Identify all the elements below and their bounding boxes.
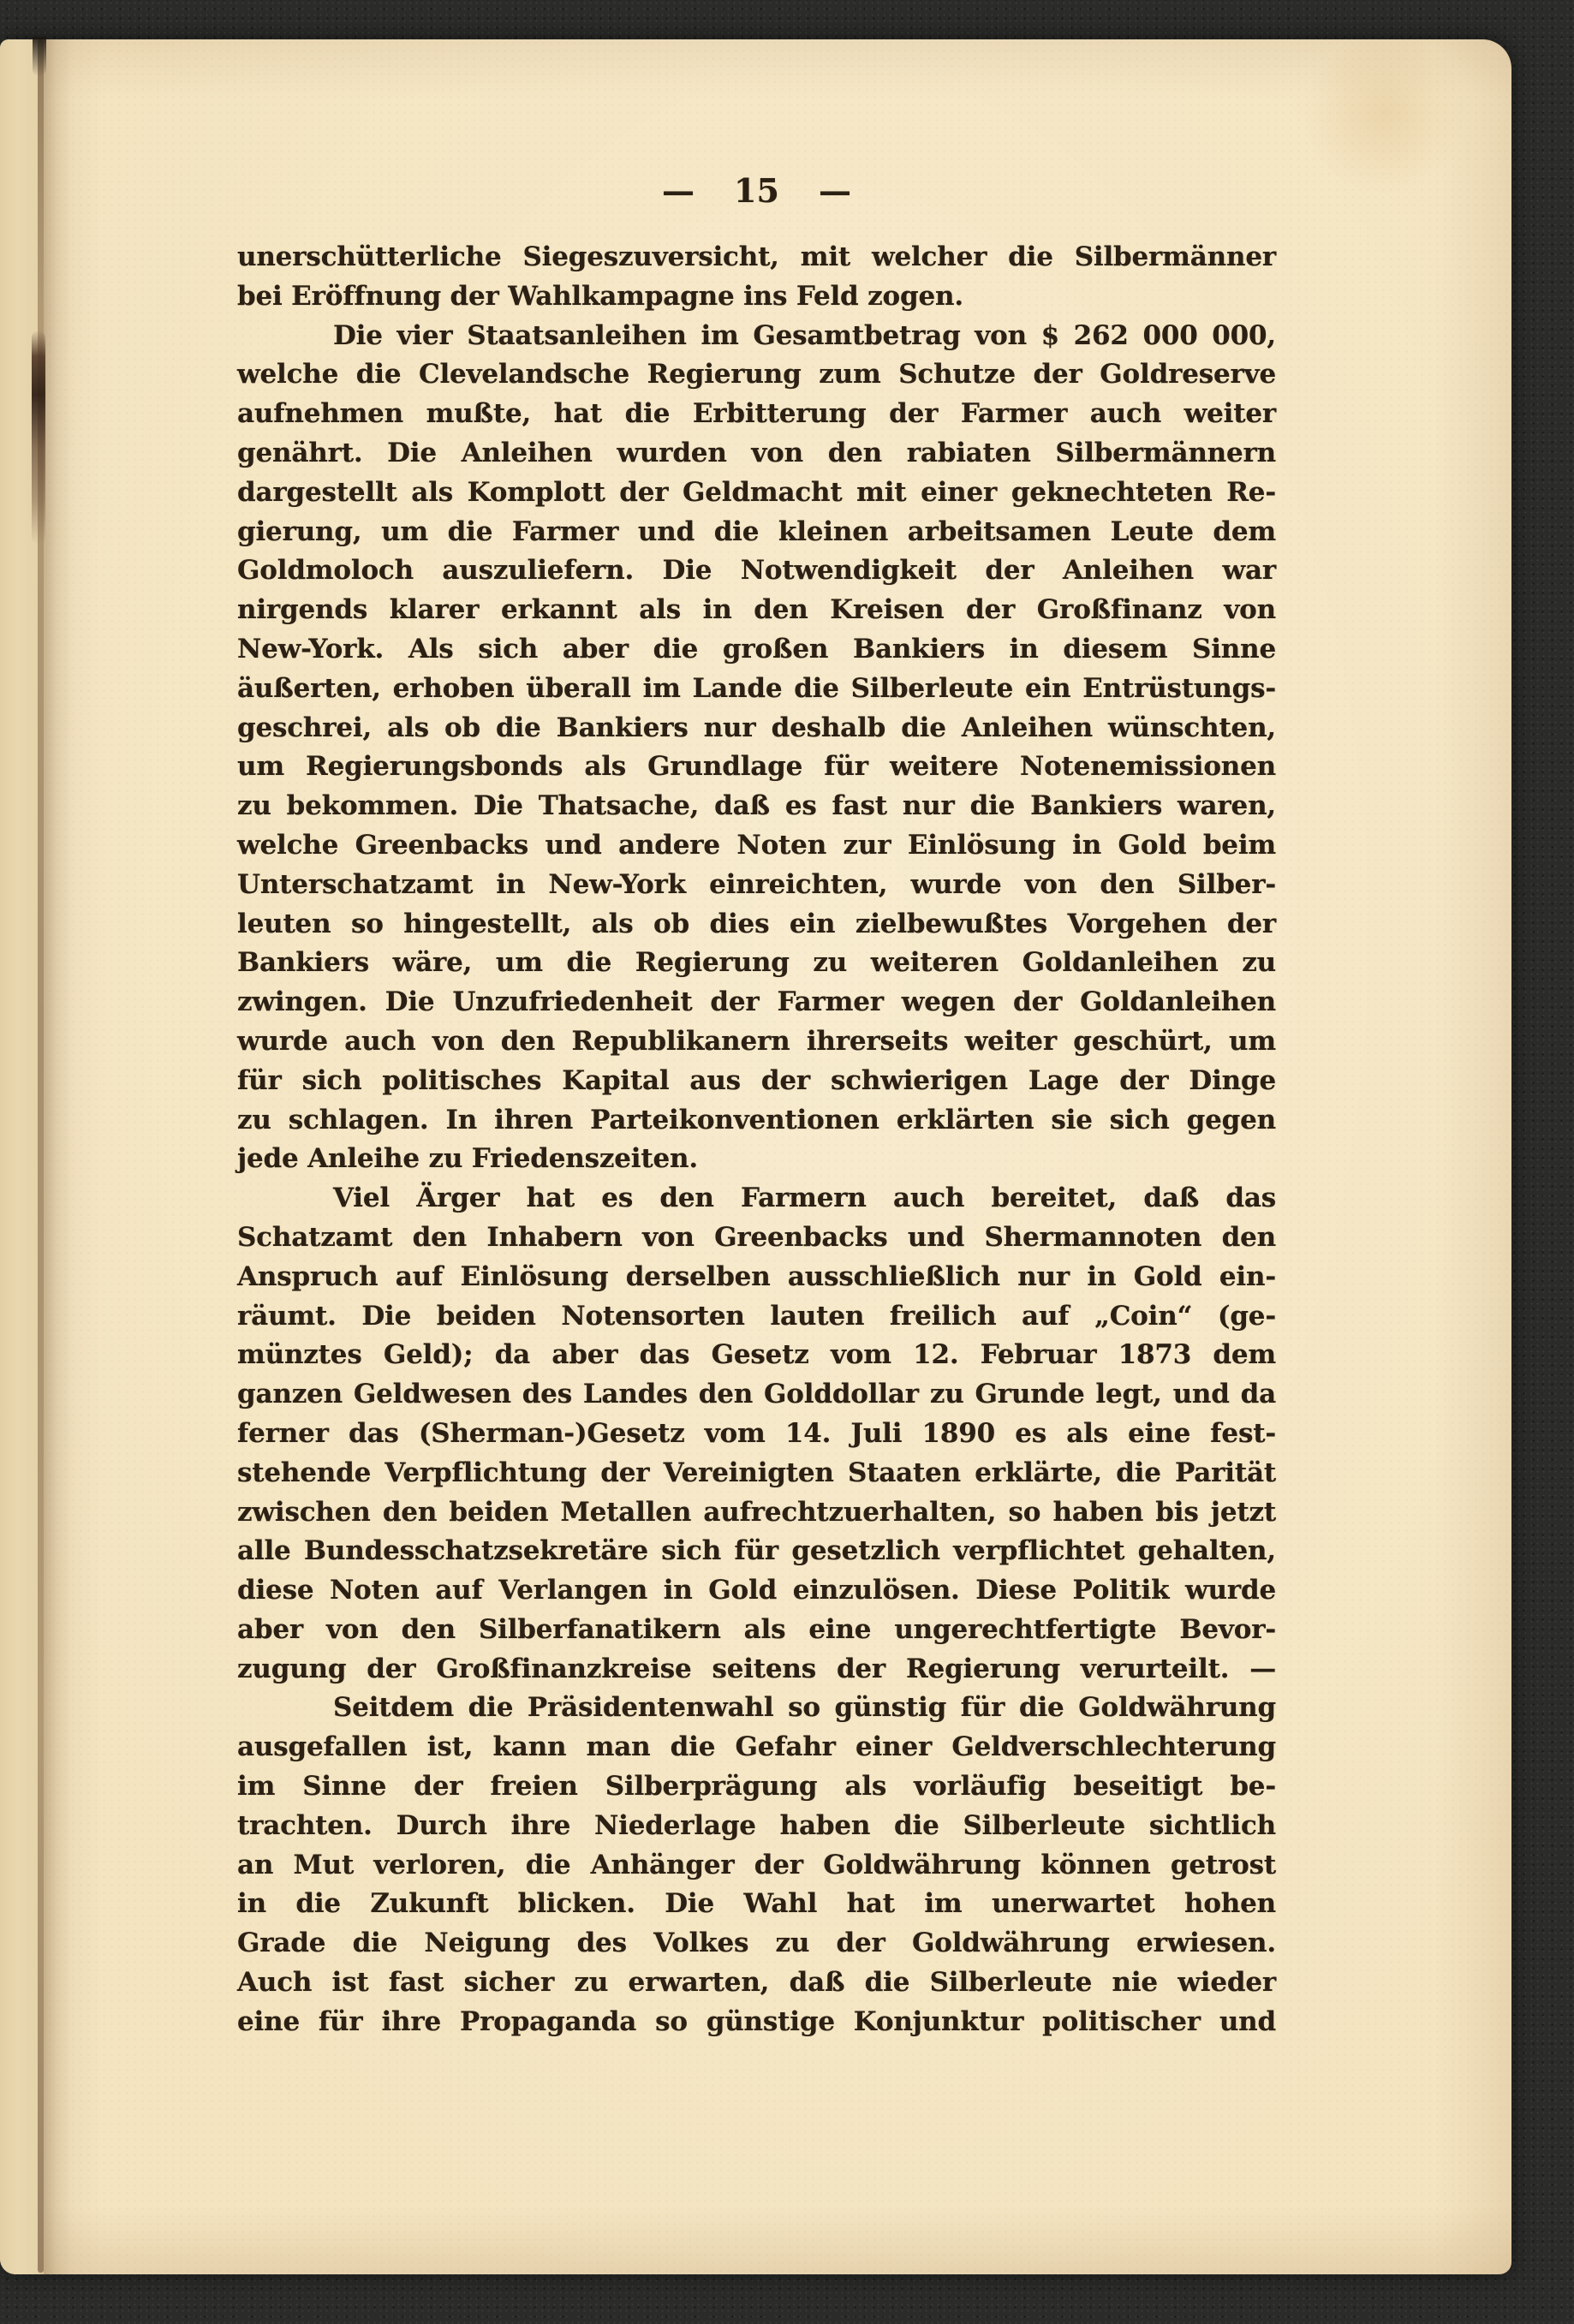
text-line: ferner das (Sherman-)Gesetz vom 14. Juli… (237, 1415, 1276, 1454)
text-line: alle Bundesschatzsekretäre sich für gese… (237, 1532, 1276, 1571)
text-line: Seitdem die Präsidentenwahl so günstig f… (237, 1689, 1276, 1728)
text-line: eine für ihre Propaganda so günstige Kon… (237, 2003, 1276, 2042)
text-line: jede Anleihe zu Friedenszeiten. (237, 1140, 1276, 1179)
scanned-book-photo: { "page": { "number": "15", "header_left… (0, 0, 1574, 2324)
text-line: an Mut verloren, die Anhänger der Goldwä… (237, 1846, 1276, 1886)
text-line: in die Zukunft blicken. Die Wahl hat im … (237, 1885, 1276, 1924)
text-line: zwingen. Die Unzufriedenheit der Farmer … (237, 983, 1276, 1022)
book-page: — 15 — unerschütterliche Siegeszuversich… (0, 39, 1511, 2274)
text-line: diese Noten auf Verlangen in Gold einzul… (237, 1571, 1276, 1611)
page-number: 15 (734, 172, 779, 210)
text-line: Schatzamt den Inhabern von Greenbacks un… (237, 1219, 1276, 1258)
text-line: trachten. Durch ihre Niederlage haben di… (237, 1807, 1276, 1846)
text-line: zu bekommen. Die Thatsache, daß es fast … (237, 787, 1276, 826)
spine-top-notch (33, 37, 46, 76)
text-line: Viel Ärger hat es den Farmern auch berei… (237, 1179, 1276, 1219)
text-line: zu schlagen. In ihren Parteikonventionen… (237, 1101, 1276, 1141)
text-line: welche die Clevelandsche Regierung zum S… (237, 355, 1276, 395)
text-line: für sich politisches Kapital aus der sch… (237, 1062, 1276, 1101)
text-line: Bankiers wäre, um die Regierung zu weite… (237, 944, 1276, 983)
page-header: — 15 — (237, 172, 1276, 210)
text-line: ganzen Geldwesen des Landes den Golddoll… (237, 1375, 1276, 1415)
text-line: Auch ist fast sicher zu erwarten, daß di… (237, 1963, 1276, 2003)
text-line: geschrei, als ob die Bankiers nur deshal… (237, 709, 1276, 748)
text-line: unerschütterliche Siegeszuversicht, mit … (237, 238, 1276, 277)
header-dash-right: — (819, 172, 851, 210)
text-line: räumt. Die beiden Notensorten lauten fre… (237, 1297, 1276, 1337)
text-line: leuten so hingestellt, als ob dies ein z… (237, 905, 1276, 944)
text-line: um Regierungsbonds als Grundlage für wei… (237, 748, 1276, 787)
text-line: Die vier Staatsanleihen im Gesamtbetrag … (237, 317, 1276, 356)
text-line: zwischen den beiden Metallen aufrechtzue… (237, 1493, 1276, 1533)
header-dash-left: — (662, 172, 695, 210)
text-line: bei Eröffnung der Wahlkampagne ins Feld … (237, 277, 1276, 317)
text-line: Goldmoloch auszuliefern. Die Notwendigke… (237, 551, 1276, 591)
spine-crease-shadow (44, 39, 73, 2274)
text-line: welche Greenbacks und andere Noten zur E… (237, 826, 1276, 866)
text-line: münztes Geld); da aber das Gesetz vom 12… (237, 1336, 1276, 1375)
text-line: äußerten, erhoben überall im Lande die S… (237, 670, 1276, 709)
text-line: aufnehmen mußte, hat die Erbitterung der… (237, 395, 1276, 434)
text-line: im Sinne der freien Silberprägung als vo… (237, 1767, 1276, 1807)
text-line: Anspruch auf Einlösung derselben ausschl… (237, 1258, 1276, 1297)
text-line: Grade die Neigung des Volkes zu der Gold… (237, 1924, 1276, 1963)
text-line: New-York. Als sich aber die großen Banki… (237, 630, 1276, 670)
text-line: nirgends klarer erkannt als in den Kreis… (237, 591, 1276, 630)
text-block: unerschütterliche Siegeszuversicht, mit … (237, 238, 1276, 2042)
text-line: Unterschatzamt in New-York einreichten, … (237, 866, 1276, 905)
text-line: dargestellt als Komplott der Geldmacht m… (237, 474, 1276, 513)
text-line: aber von den Silberfanatikern als eine u… (237, 1611, 1276, 1650)
text-line: stehende Verpflichtung der Vereinigten S… (237, 1454, 1276, 1493)
text-line: wurde auch von den Republikanern ihrerse… (237, 1022, 1276, 1062)
spine-binding-blotch (32, 331, 45, 545)
text-line: gierung, um die Farmer und die kleinen a… (237, 513, 1276, 552)
text-line: zugung der Großfinanzkreise seitens der … (237, 1650, 1276, 1689)
text-line: genährt. Die Anleihen wurden von den rab… (237, 434, 1276, 474)
text-line: ausgefallen ist, kann man die Gefahr ein… (237, 1728, 1276, 1767)
